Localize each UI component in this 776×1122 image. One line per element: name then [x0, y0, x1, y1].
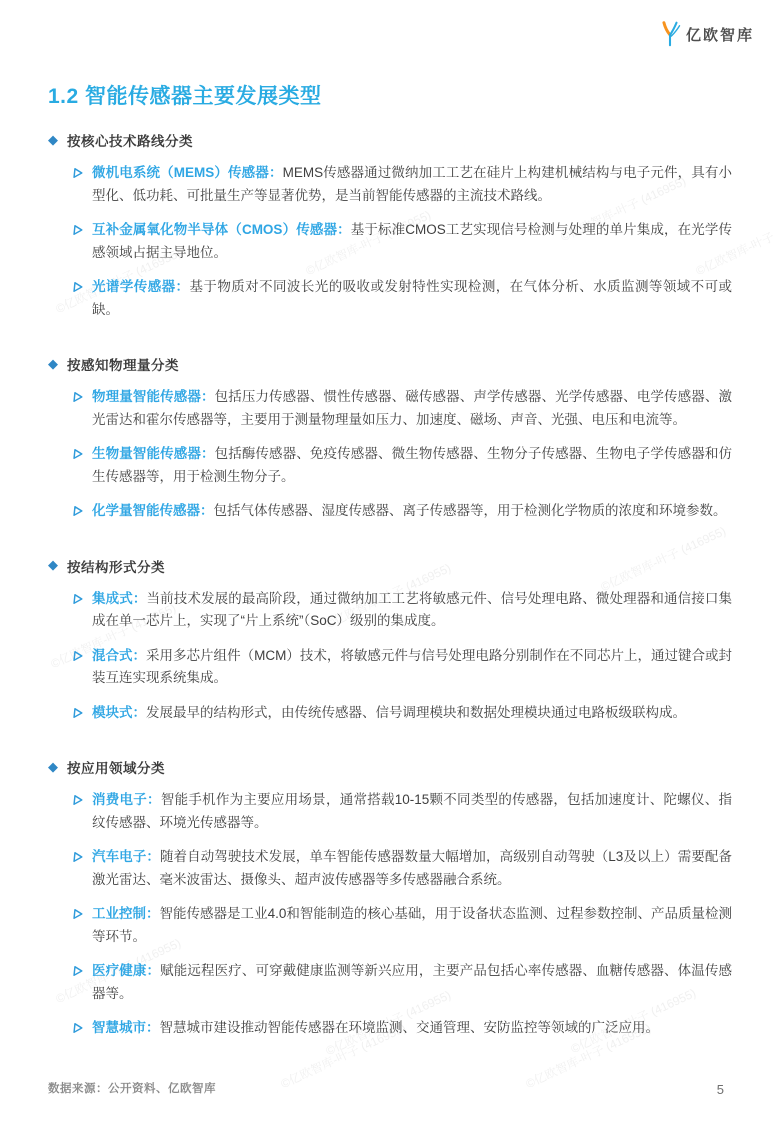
item-term: 工业控制：: [92, 906, 160, 921]
item-text: 互补金属氧化物半导体（CMOS）传感器：基于标准CMOS工艺实现信号检测与处理的…: [92, 219, 732, 264]
list-item: 光谱学传感器：基于物质对不同波长光的吸收或发射特性实现检测，在气体分析、水质监测…: [48, 276, 732, 321]
item-term: 汽车电子：: [92, 849, 160, 864]
arrow-bullet-icon: [73, 443, 92, 488]
diamond-bullet-icon: ◆: [48, 133, 58, 146]
item-term: 光谱学传感器：: [92, 279, 189, 294]
item-description: 智慧城市建设推动智能传感器在环境监测、交通管理、安防监控等领域的广泛应用。: [160, 1020, 660, 1035]
arrow-bullet-icon: [73, 386, 92, 431]
list-item: 汽车电子：随着自动驾驶技术发展，单车智能传感器数量大幅增加，高级别自动驾驶（L3…: [48, 846, 732, 891]
section-heading-label: 按感知物理量分类: [67, 354, 179, 374]
list-item: 物理量智能传感器：包括压力传感器、惯性传感器、磁传感器、声学传感器、光学传感器、…: [48, 386, 732, 431]
arrow-bullet-icon: [73, 500, 92, 523]
list-item: 智慧城市：智慧城市建设推动智能传感器在环境监测、交通管理、安防监控等领域的广泛应…: [48, 1017, 732, 1040]
arrow-bullet-icon: [73, 588, 92, 633]
section-heading-label: 按核心技术路线分类: [67, 130, 193, 150]
diamond-bullet-icon: ◆: [48, 760, 58, 773]
data-source-note: 数据来源：公开资料、亿欧智库: [48, 1080, 216, 1096]
section-heading-label: 按应用领域分类: [67, 757, 165, 777]
section-heading: ◆按结构形式分类: [48, 556, 732, 576]
item-text: 消费电子：智能手机作为主要应用场景，通常搭载10-15颗不同类型的传感器，包括加…: [92, 789, 732, 834]
list-item: 医疗健康：赋能远程医疗、可穿戴健康监测等新兴应用，主要产品包括心率传感器、血糖传…: [48, 960, 732, 1005]
item-text: 汽车电子：随着自动驾驶技术发展，单车智能传感器数量大幅增加，高级别自动驾驶（L3…: [92, 846, 732, 891]
item-text: 化学量智能传感器：包括气体传感器、湿度传感器、离子传感器等，用于检测化学物质的浓…: [92, 500, 732, 523]
brand-logo: 亿欧智库: [657, 20, 754, 48]
item-description: 赋能远程医疗、可穿戴健康监测等新兴应用，主要产品包括心率传感器、血糖传感器、体温…: [92, 963, 732, 1001]
item-term: 生物量智能传感器：: [92, 446, 215, 461]
diamond-bullet-icon: ◆: [48, 558, 58, 571]
item-description: 智能传感器是工业4.0和智能制造的核心基础，用于设备状态监测、过程参数控制、产品…: [92, 906, 732, 944]
logo-text: 亿欧智库: [686, 24, 754, 45]
item-text: 混合式：采用多芯片组件（MCM）技术，将敏感元件与信号处理电路分别制作在不同芯片…: [92, 645, 732, 690]
list-item: 化学量智能传感器：包括气体传感器、湿度传感器、离子传感器等，用于检测化学物质的浓…: [48, 500, 732, 523]
item-text: 集成式：当前技术发展的最高阶段，通过微纳加工工艺将敏感元件、信号处理电路、微处理…: [92, 588, 732, 633]
item-text: 模块式：发展最早的结构形式，由传统传感器、信号调理模块和数据处理模块通过电路板级…: [92, 702, 732, 725]
item-text: 微机电系统（MEMS）传感器：MEMS传感器通过微纳加工工艺在硅片上构建机械结构…: [92, 162, 732, 207]
list-item: 微机电系统（MEMS）传感器：MEMS传感器通过微纳加工工艺在硅片上构建机械结构…: [48, 162, 732, 207]
sections: ◆按核心技术路线分类微机电系统（MEMS）传感器：MEMS传感器通过微纳加工工艺…: [48, 130, 732, 1040]
item-description: 当前技术发展的最高阶段，通过微纳加工工艺将敏感元件、信号处理电路、微处理器和通信…: [92, 591, 732, 629]
list-item: 生物量智能传感器：包括酶传感器、免疫传感器、微生物传感器、生物分子传感器、生物电…: [48, 443, 732, 488]
item-description: 随着自动驾驶技术发展，单车智能传感器数量大幅增加，高级别自动驾驶（L3及以上）需…: [92, 849, 732, 887]
item-text: 物理量智能传感器：包括压力传感器、惯性传感器、磁传感器、声学传感器、光学传感器、…: [92, 386, 732, 431]
item-term: 互补金属氧化物半导体（CMOS）传感器：: [92, 222, 351, 237]
section-heading: ◆按应用领域分类: [48, 757, 732, 777]
arrow-bullet-icon: [73, 702, 92, 725]
list-item: 模块式：发展最早的结构形式，由传统传感器、信号调理模块和数据处理模块通过电路板级…: [48, 702, 732, 725]
section-heading-label: 按结构形式分类: [67, 556, 165, 576]
page-title: 1.2 智能传感器主要发展类型: [48, 80, 322, 110]
item-term: 医疗健康：: [92, 963, 160, 978]
list-item: 消费电子：智能手机作为主要应用场景，通常搭载10-15颗不同类型的传感器，包括加…: [48, 789, 732, 834]
section: ◆按应用领域分类消费电子：智能手机作为主要应用场景，通常搭载10-15颗不同类型…: [48, 757, 732, 1040]
list-item: 混合式：采用多芯片组件（MCM）技术，将敏感元件与信号处理电路分别制作在不同芯片…: [48, 645, 732, 690]
list-item: 集成式：当前技术发展的最高阶段，通过微纳加工工艺将敏感元件、信号处理电路、微处理…: [48, 588, 732, 633]
item-text: 光谱学传感器：基于物质对不同波长光的吸收或发射特性实现检测，在气体分析、水质监测…: [92, 276, 732, 321]
item-term: 微机电系统（MEMS）传感器：: [92, 165, 283, 180]
page-number: 5: [717, 1082, 724, 1097]
item-term: 集成式：: [92, 591, 146, 606]
item-term: 智慧城市：: [92, 1020, 160, 1035]
arrow-bullet-icon: [73, 645, 92, 690]
arrow-bullet-icon: [73, 219, 92, 264]
arrow-bullet-icon: [73, 789, 92, 834]
item-description: 包括气体传感器、湿度传感器、离子传感器等，用于检测化学物质的浓度和环境参数。: [214, 503, 727, 518]
arrow-bullet-icon: [73, 903, 92, 948]
arrow-bullet-icon: [73, 960, 92, 1005]
list-item: 工业控制：智能传感器是工业4.0和智能制造的核心基础，用于设备状态监测、过程参数…: [48, 903, 732, 948]
item-term: 消费电子：: [92, 792, 161, 807]
item-text: 智慧城市：智慧城市建设推动智能传感器在环境监测、交通管理、安防监控等领域的广泛应…: [92, 1017, 732, 1040]
list-item: 互补金属氧化物半导体（CMOS）传感器：基于标准CMOS工艺实现信号检测与处理的…: [48, 219, 732, 264]
section: ◆按结构形式分类集成式：当前技术发展的最高阶段，通过微纳加工工艺将敏感元件、信号…: [48, 556, 732, 725]
item-description: 采用多芯片组件（MCM）技术，将敏感元件与信号处理电路分别制作在不同芯片上，通过…: [92, 648, 732, 686]
section: ◆按感知物理量分类物理量智能传感器：包括压力传感器、惯性传感器、磁传感器、声学传…: [48, 354, 732, 523]
arrow-bullet-icon: [73, 846, 92, 891]
item-text: 生物量智能传感器：包括酶传感器、免疫传感器、微生物传感器、生物分子传感器、生物电…: [92, 443, 732, 488]
item-description: 发展最早的结构形式，由传统传感器、信号调理模块和数据处理模块通过电路板级联构成。: [146, 705, 686, 720]
item-text: 医疗健康：赋能远程医疗、可穿戴健康监测等新兴应用，主要产品包括心率传感器、血糖传…: [92, 960, 732, 1005]
arrow-bullet-icon: [73, 162, 92, 207]
item-term: 混合式：: [92, 648, 146, 663]
arrow-bullet-icon: [73, 276, 92, 321]
arrow-bullet-icon: [73, 1017, 92, 1040]
report-page: ©亿欧智库-叶子 (416955)©亿欧智库-叶子 (416955)©亿欧智库-…: [0, 0, 776, 1122]
section-heading: ◆按核心技术路线分类: [48, 130, 732, 150]
item-text: 工业控制：智能传感器是工业4.0和智能制造的核心基础，用于设备状态监测、过程参数…: [92, 903, 732, 948]
item-term: 化学量智能传感器：: [92, 503, 214, 518]
item-term: 物理量智能传感器：: [92, 389, 215, 404]
section: ◆按核心技术路线分类微机电系统（MEMS）传感器：MEMS传感器通过微纳加工工艺…: [48, 130, 732, 321]
item-description: 智能手机作为主要应用场景，通常搭载10-15颗不同类型的传感器，包括加速度计、陀…: [92, 792, 732, 830]
logo-y-icon: [657, 20, 683, 48]
diamond-bullet-icon: ◆: [48, 357, 58, 370]
item-term: 模块式：: [92, 705, 146, 720]
section-heading: ◆按感知物理量分类: [48, 354, 732, 374]
